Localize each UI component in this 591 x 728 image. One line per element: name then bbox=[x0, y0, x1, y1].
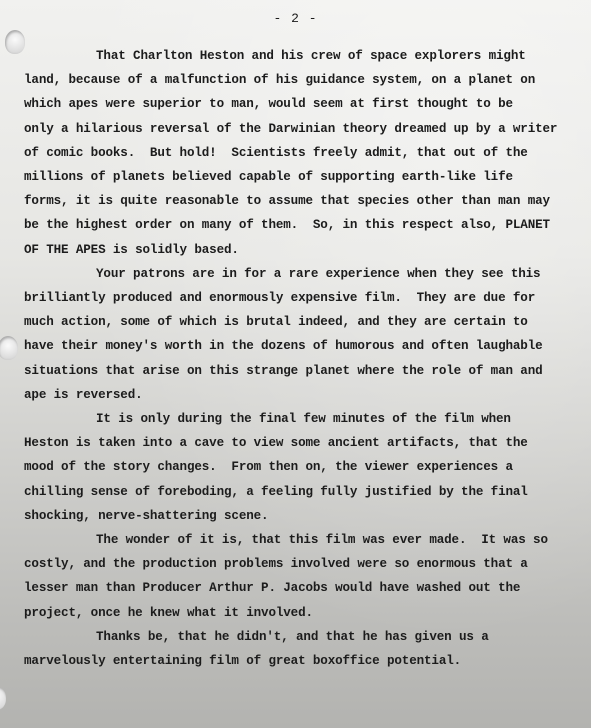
text-line: forms, it is quite reasonable to assume … bbox=[24, 189, 564, 213]
document-page: - 2 - That Charlton Heston and his crew … bbox=[0, 0, 591, 728]
text-line: millions of planets believed capable of … bbox=[24, 165, 564, 189]
text-line: chilling sense of foreboding, a feeling … bbox=[24, 480, 564, 504]
text-line: Thanks be, that he didn't, and that he h… bbox=[24, 625, 564, 649]
punch-hole-top bbox=[5, 30, 25, 54]
text-line: mood of the story changes. From then on,… bbox=[24, 455, 564, 479]
text-line: of comic books. But hold! Scientists fre… bbox=[24, 141, 564, 165]
text-line: costly, and the production problems invo… bbox=[24, 552, 564, 576]
text-line: which apes were superior to man, would s… bbox=[24, 92, 564, 116]
text-line: ape is reversed. bbox=[24, 383, 564, 407]
text-line: brilliantly produced and enormously expe… bbox=[24, 286, 564, 310]
text-line: Heston is taken into a cave to view some… bbox=[24, 431, 564, 455]
punch-hole-middle bbox=[0, 336, 18, 360]
text-line: It is only during the final few minutes … bbox=[24, 407, 564, 431]
text-line: OF THE APES is solidly based. bbox=[24, 238, 564, 262]
text-line: The wonder of it is, that this film was … bbox=[24, 528, 564, 552]
paragraph-4: The wonder of it is, that this film was … bbox=[24, 528, 564, 625]
paragraph-2: Your patrons are in for a rare experienc… bbox=[24, 262, 564, 407]
paragraph-5: Thanks be, that he didn't, and that he h… bbox=[24, 625, 564, 673]
text-line: land, because of a malfunction of his gu… bbox=[24, 68, 564, 92]
document-body: That Charlton Heston and his crew of spa… bbox=[24, 44, 564, 673]
text-line: shocking, nerve-shattering scene. bbox=[24, 504, 564, 528]
text-line: only a hilarious reversal of the Darwini… bbox=[24, 117, 564, 141]
text-line: marvelously entertaining film of great b… bbox=[24, 649, 564, 673]
text-line: lesser man than Producer Arthur P. Jacob… bbox=[24, 576, 564, 600]
paragraph-1: That Charlton Heston and his crew of spa… bbox=[24, 44, 564, 262]
text-line: situations that arise on this strange pl… bbox=[24, 359, 564, 383]
text-line: much action, some of which is brutal ind… bbox=[24, 310, 564, 334]
paragraph-3: It is only during the final few minutes … bbox=[24, 407, 564, 528]
text-line: That Charlton Heston and his crew of spa… bbox=[24, 44, 564, 68]
punch-hole-bottom bbox=[0, 686, 6, 710]
text-line: Your patrons are in for a rare experienc… bbox=[24, 262, 564, 286]
page-number: - 2 - bbox=[0, 11, 591, 26]
text-line: be the highest order on many of them. So… bbox=[24, 213, 564, 237]
text-line: have their money's worth in the dozens o… bbox=[24, 334, 564, 358]
text-line: project, once he knew what it involved. bbox=[24, 601, 564, 625]
